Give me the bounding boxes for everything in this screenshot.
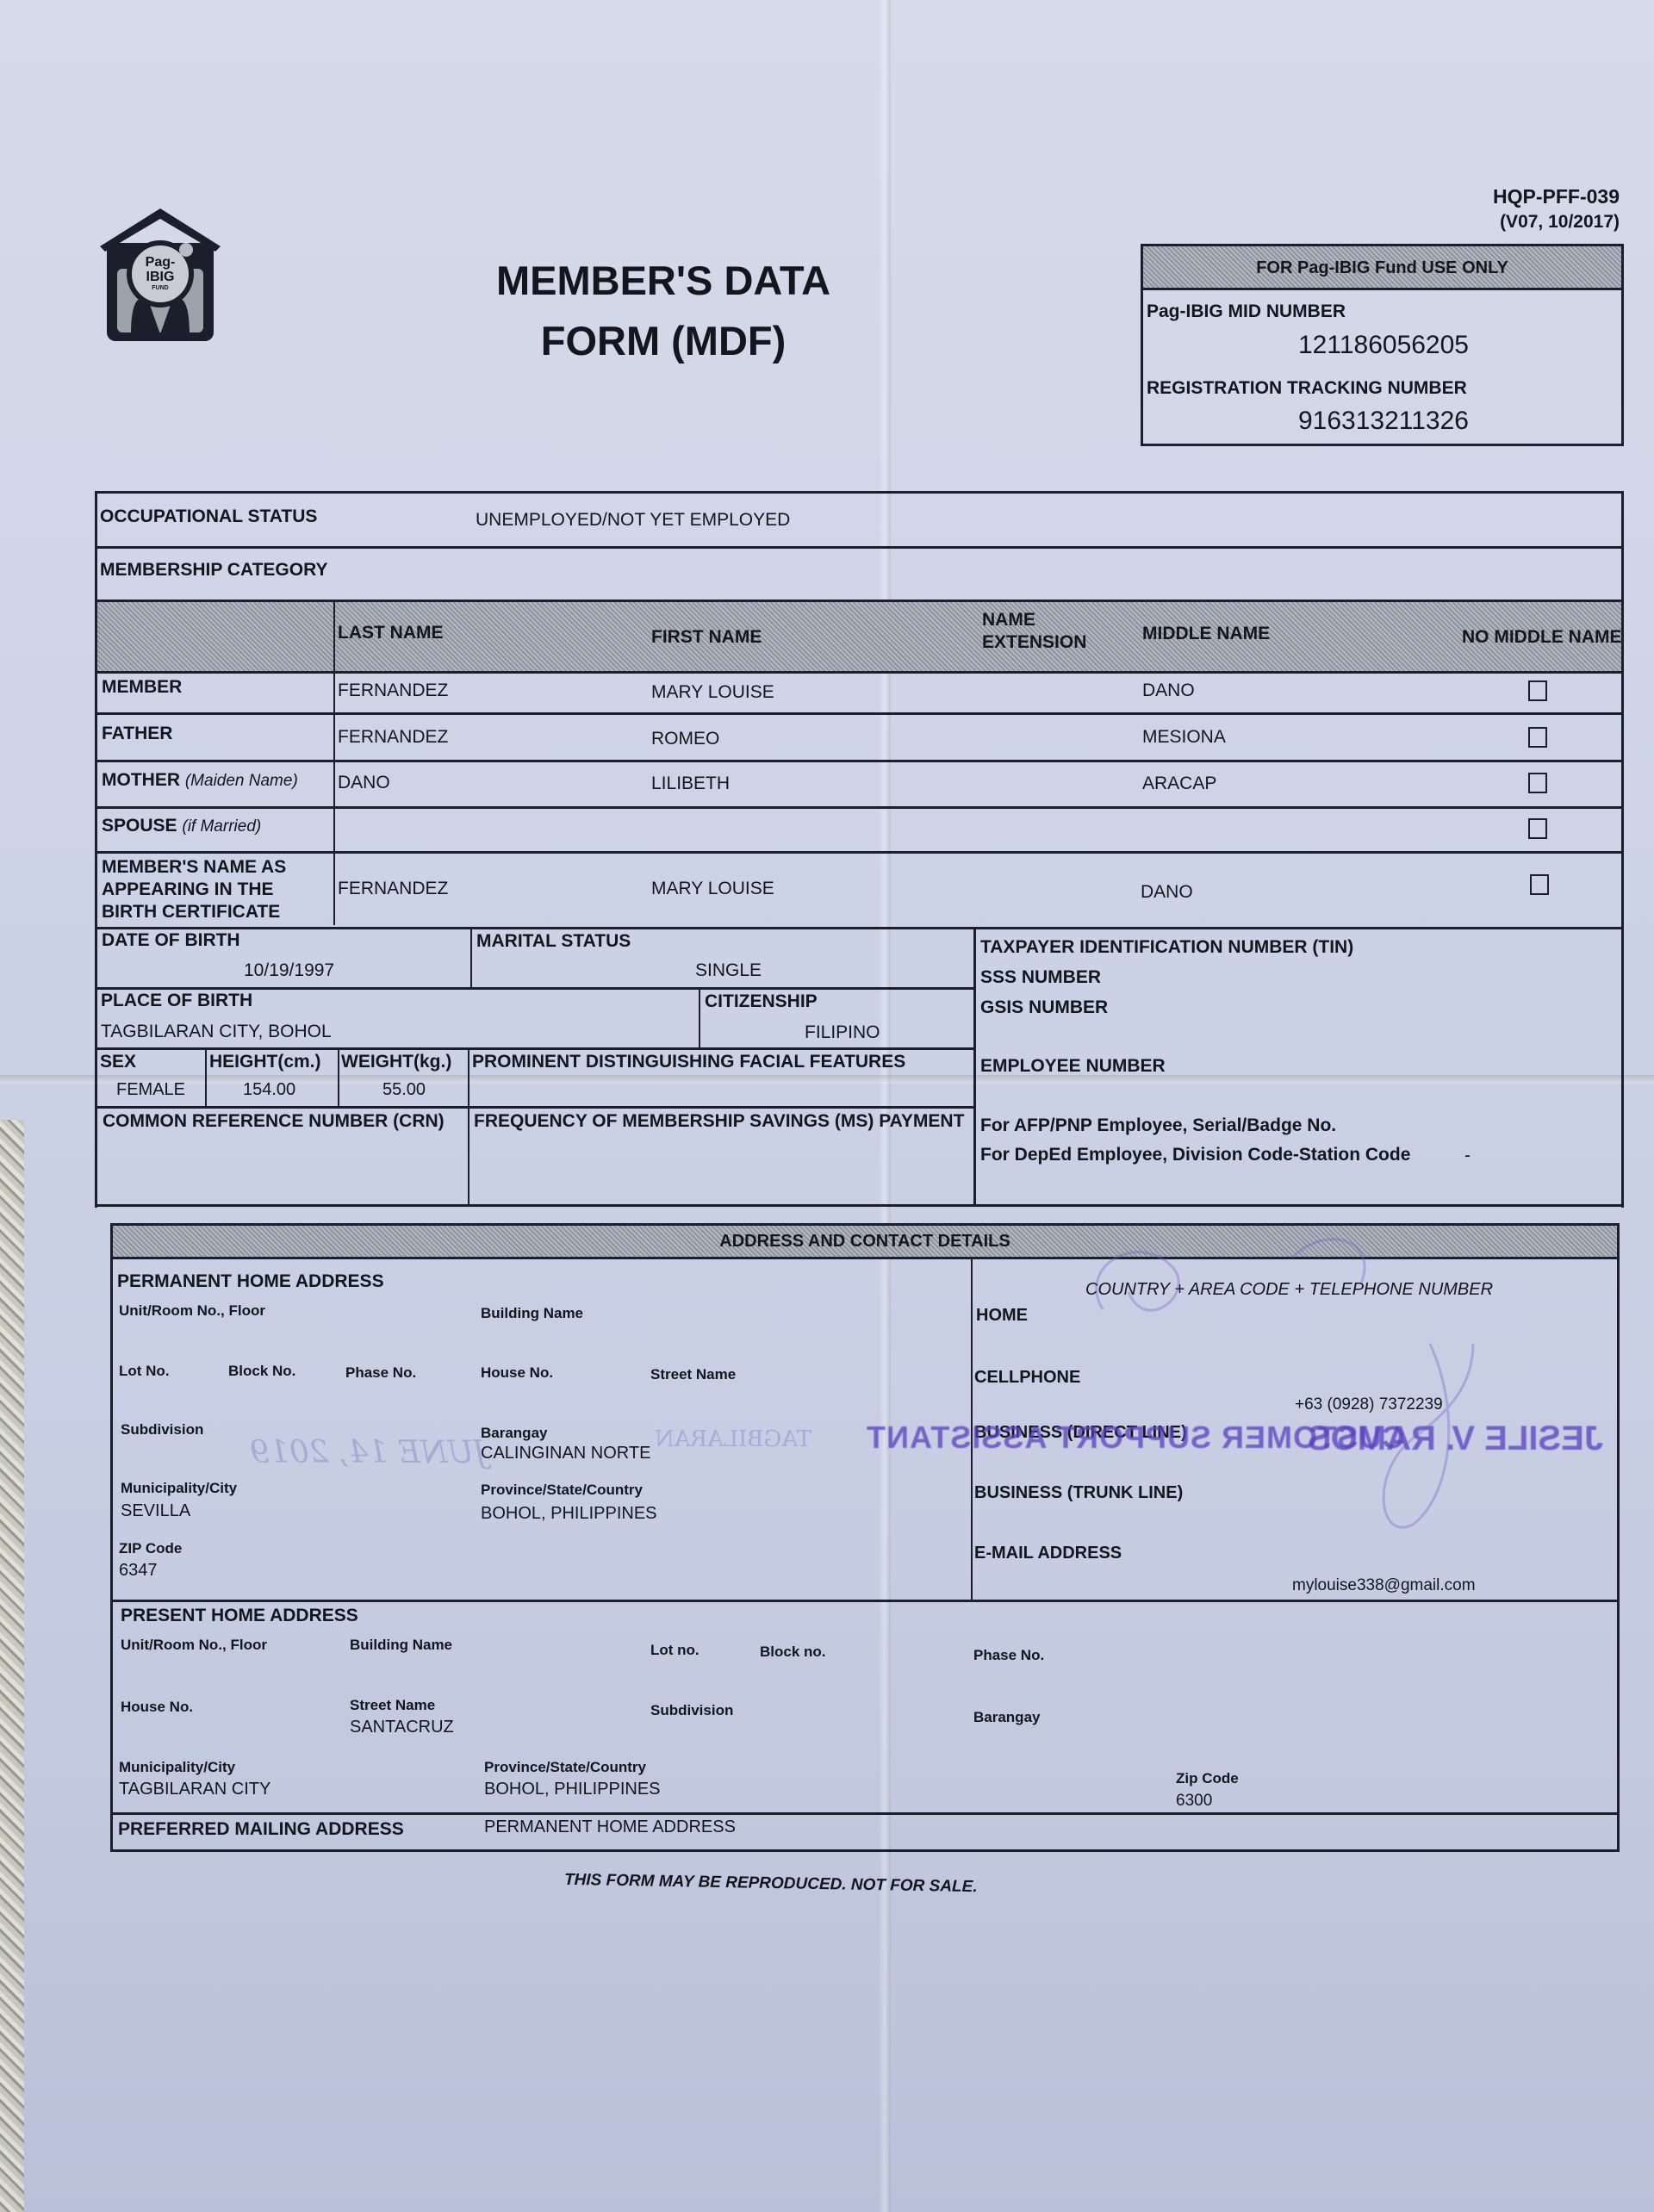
crn-label: COMMON REFERENCE NUMBER (CRN) bbox=[103, 1111, 445, 1132]
perm-street-label: Street Name bbox=[650, 1366, 736, 1383]
table-bottom-border bbox=[97, 1204, 1624, 1207]
pres-street-label: Street Name bbox=[350, 1697, 435, 1714]
pres-municipality-label: Municipality/City bbox=[119, 1759, 235, 1776]
home-phone-label: HOME bbox=[976, 1306, 1028, 1326]
row-label: MEMBER'S NAME AS APPEARING IN THE BIRTH … bbox=[102, 856, 327, 923]
perm-province-label: Province/State/Country bbox=[481, 1482, 643, 1499]
citizenship-value[interactable]: FILIPINO bbox=[805, 1022, 880, 1043]
footer-note: THIS FORM MAY BE REPRODUCED. NOT FOR SAL… bbox=[564, 1871, 978, 1897]
form-title-line1: MEMBER'S DATA bbox=[474, 257, 853, 304]
mid-number-label: Pag-IBIG MID NUMBER bbox=[1147, 301, 1346, 322]
employee-number-label: EMPLOYEE NUMBER bbox=[980, 1056, 1166, 1077]
divider bbox=[97, 1106, 973, 1109]
middle-name-value[interactable]: MESIONA bbox=[1142, 727, 1226, 748]
header-no-middle-name: NO MIDDLE NAME bbox=[1462, 627, 1622, 648]
place-stamp: TAGBILARAN bbox=[655, 1426, 811, 1452]
membership-category-label: MEMBERSHIP CATEGORY bbox=[100, 560, 327, 581]
date-handwriting: JUNE 14, 2019 bbox=[250, 1435, 486, 1470]
form-title-line2: FORM (MDF) bbox=[474, 317, 853, 364]
header-name-extension-1: NAME bbox=[982, 610, 1035, 631]
perm-zip-value[interactable]: 6347 bbox=[119, 1561, 158, 1581]
row-label: MEMBER bbox=[102, 677, 182, 698]
row-label: FATHER bbox=[102, 724, 172, 744]
pres-province-value[interactable]: BOHOL, PHILIPPINES bbox=[484, 1780, 661, 1799]
pres-zip-label: Zip Code bbox=[1176, 1770, 1239, 1787]
pres-street-value[interactable]: SANTACRUZ bbox=[350, 1718, 454, 1737]
divider bbox=[95, 546, 1624, 549]
form-code: HQP-PFF-039 bbox=[1378, 185, 1620, 208]
logo-text-ibig: IBIG bbox=[138, 270, 183, 284]
divider bbox=[97, 851, 1621, 854]
last-name-value[interactable]: FERNANDEZ bbox=[338, 727, 448, 748]
height-label: HEIGHT(cm.) bbox=[209, 1052, 321, 1072]
row-label-note: (if Married) bbox=[182, 817, 261, 836]
present-address-heading: PRESENT HOME ADDRESS bbox=[121, 1606, 358, 1626]
last-name-value[interactable]: DANO bbox=[338, 773, 390, 793]
pres-building-label: Building Name bbox=[350, 1637, 452, 1654]
pres-barangay-label: Barangay bbox=[973, 1709, 1040, 1726]
first-name-value[interactable]: MARY LOUISE bbox=[651, 682, 774, 703]
perm-zip-label: ZIP Code bbox=[119, 1540, 182, 1557]
background-edge bbox=[0, 1120, 24, 2212]
occupational-status-label: OCCUPATIONAL STATUS bbox=[100, 506, 317, 527]
row-label: SPOUSE bbox=[102, 816, 177, 836]
deped-label: For DepEd Employee, Division Code-Statio… bbox=[980, 1145, 1410, 1165]
pres-lot-label: Lot no. bbox=[650, 1642, 700, 1659]
perm-municipality-value[interactable]: SEVILLA bbox=[121, 1501, 190, 1521]
pres-municipality-value[interactable]: TAGBILARAN CITY bbox=[119, 1780, 270, 1799]
divider bbox=[97, 927, 1621, 929]
pres-unit-label: Unit/Room No., Floor bbox=[121, 1637, 267, 1654]
sex-label: SEX bbox=[100, 1052, 136, 1072]
weight-label: WEIGHT(kg.) bbox=[341, 1052, 451, 1072]
pres-block-label: Block no. bbox=[760, 1643, 826, 1661]
divider bbox=[470, 927, 472, 987]
perm-province-value[interactable]: BOHOL, PHILIPPINES bbox=[481, 1504, 657, 1524]
perm-barangay-value[interactable]: CALINGINAN NORTE bbox=[481, 1444, 650, 1463]
no-middle-name-checkbox[interactable] bbox=[1528, 727, 1547, 748]
divider bbox=[338, 1047, 339, 1106]
divider bbox=[973, 927, 976, 1206]
place-of-birth-label: PLACE OF BIRTH bbox=[101, 991, 252, 1011]
mailing-address-value[interactable]: PERMANENT HOME ADDRESS bbox=[484, 1817, 736, 1837]
rtn-label: REGISTRATION TRACKING NUMBER bbox=[1147, 378, 1467, 399]
pres-house-label: House No. bbox=[121, 1699, 193, 1716]
no-middle-name-checkbox[interactable] bbox=[1528, 773, 1547, 793]
sex-value[interactable]: FEMALE bbox=[116, 1080, 185, 1100]
dob-label: DATE OF BIRTH bbox=[102, 930, 240, 951]
fund-use-header: FOR Pag-IBIG Fund USE ONLY bbox=[1143, 258, 1621, 278]
perm-house-label: House No. bbox=[481, 1364, 553, 1382]
form-version: (V07, 10/2017) bbox=[1378, 212, 1620, 233]
perm-lot-label: Lot No. bbox=[119, 1363, 170, 1380]
no-middle-name-checkbox[interactable] bbox=[1528, 818, 1547, 839]
logo-text-pag: Pag- bbox=[138, 255, 183, 270]
header-name-extension-2: EXTENSION bbox=[982, 632, 1086, 653]
divider bbox=[113, 1600, 1617, 1602]
marital-status-value[interactable]: SINGLE bbox=[695, 960, 762, 981]
divider bbox=[97, 712, 1621, 715]
header-last-name: LAST NAME bbox=[338, 623, 444, 643]
pres-zip-value[interactable]: 6300 bbox=[1176, 1792, 1212, 1811]
perm-unit-label: Unit/Room No., Floor bbox=[119, 1302, 265, 1320]
perm-block-label: Block No. bbox=[228, 1363, 295, 1380]
pres-phase-label: Phase No. bbox=[973, 1647, 1044, 1664]
pres-subdivision-label: Subdivision bbox=[650, 1702, 733, 1719]
weight-value[interactable]: 55.00 bbox=[382, 1080, 426, 1100]
member-info-table bbox=[95, 491, 1624, 1208]
afp-pnp-label: For AFP/PNP Employee, Serial/Badge No. bbox=[980, 1115, 1336, 1136]
sss-label: SSS NUMBER bbox=[980, 967, 1101, 988]
fund-use-only-box: FOR Pag-IBIG Fund USE ONLY Pag-IBIG MID … bbox=[1141, 244, 1624, 446]
mid-number-value: 121186056205 bbox=[1298, 331, 1469, 360]
perm-building-label: Building Name bbox=[481, 1305, 583, 1322]
no-middle-name-checkbox[interactable] bbox=[1528, 680, 1547, 701]
email-label: E-MAIL ADDRESS bbox=[974, 1544, 1122, 1563]
tin-label: TAXPAYER IDENTIFICATION NUMBER (TIN) bbox=[980, 937, 1353, 958]
divider bbox=[333, 600, 335, 925]
pag-ibig-logo: Pag- IBIG FUND bbox=[96, 205, 224, 345]
divider bbox=[97, 806, 1621, 809]
name-header-bar bbox=[97, 600, 1621, 674]
email-value[interactable]: mylouise338@gmail.com bbox=[1292, 1576, 1476, 1595]
cellphone-label: CELLPHONE bbox=[974, 1368, 1080, 1388]
last-name-value[interactable]: FERNANDEZ bbox=[338, 680, 448, 701]
deped-value[interactable]: - bbox=[1464, 1146, 1471, 1166]
logo-text-fund: FUND bbox=[138, 285, 183, 291]
perm-phase-label: Phase No. bbox=[345, 1364, 416, 1382]
signature-icon bbox=[1068, 1215, 1551, 1542]
middle-name-value[interactable]: ARACAP bbox=[1142, 774, 1216, 794]
rtn-value: 916313211326 bbox=[1298, 407, 1469, 436]
divider bbox=[205, 1047, 207, 1106]
first-name-value[interactable]: ROMEO bbox=[651, 729, 719, 749]
perm-municipality-label: Municipality/City bbox=[121, 1480, 237, 1497]
permanent-address-heading: PERMANENT HOME ADDRESS bbox=[117, 1271, 384, 1292]
divider bbox=[97, 987, 973, 990]
divider bbox=[468, 1047, 469, 1206]
perm-subdivision-label: Subdivision bbox=[121, 1421, 203, 1438]
divider bbox=[699, 987, 700, 1047]
divider bbox=[113, 1812, 1617, 1815]
ms-frequency-label: FREQUENCY OF MEMBERSHIP SAVINGS (MS) PAY… bbox=[474, 1111, 964, 1132]
mailing-address-label: PREFERRED MAILING ADDRESS bbox=[118, 1819, 404, 1840]
pres-province-label: Province/State/Country bbox=[484, 1759, 646, 1776]
divider bbox=[97, 1047, 973, 1050]
height-value[interactable]: 154.00 bbox=[243, 1080, 295, 1100]
first-name-value[interactable]: MARY LOUISE bbox=[651, 879, 774, 899]
header-first-name: FIRST NAME bbox=[651, 627, 762, 648]
middle-name-value[interactable]: DANO bbox=[1141, 882, 1193, 903]
row-label: MOTHER bbox=[102, 770, 180, 790]
perm-barangay-label: Barangay bbox=[481, 1425, 547, 1442]
header-middle-name: MIDDLE NAME bbox=[1142, 624, 1270, 644]
facial-features-label: PROMINENT DISTINGUISHING FACIAL FEATURES bbox=[472, 1052, 905, 1072]
marital-status-label: MARITAL STATUS bbox=[476, 931, 631, 952]
citizenship-label: CITIZENSHIP bbox=[705, 991, 818, 1012]
last-name-value[interactable]: FERNANDEZ bbox=[338, 879, 448, 899]
first-name-value[interactable]: LILIBETH bbox=[651, 774, 730, 794]
no-middle-name-checkbox[interactable] bbox=[1530, 874, 1549, 895]
middle-name-value[interactable]: DANO bbox=[1142, 680, 1195, 701]
row-label-note: (Maiden Name) bbox=[185, 772, 298, 790]
gsis-label: GSIS NUMBER bbox=[980, 997, 1108, 1018]
dob-value[interactable]: 10/19/1997 bbox=[244, 960, 334, 981]
occupational-status-value[interactable]: UNEMPLOYED/NOT YET EMPLOYED bbox=[476, 510, 790, 531]
divider bbox=[97, 760, 1621, 762]
place-of-birth-value[interactable]: TAGBILARAN CITY, BOHOL bbox=[101, 1022, 332, 1042]
